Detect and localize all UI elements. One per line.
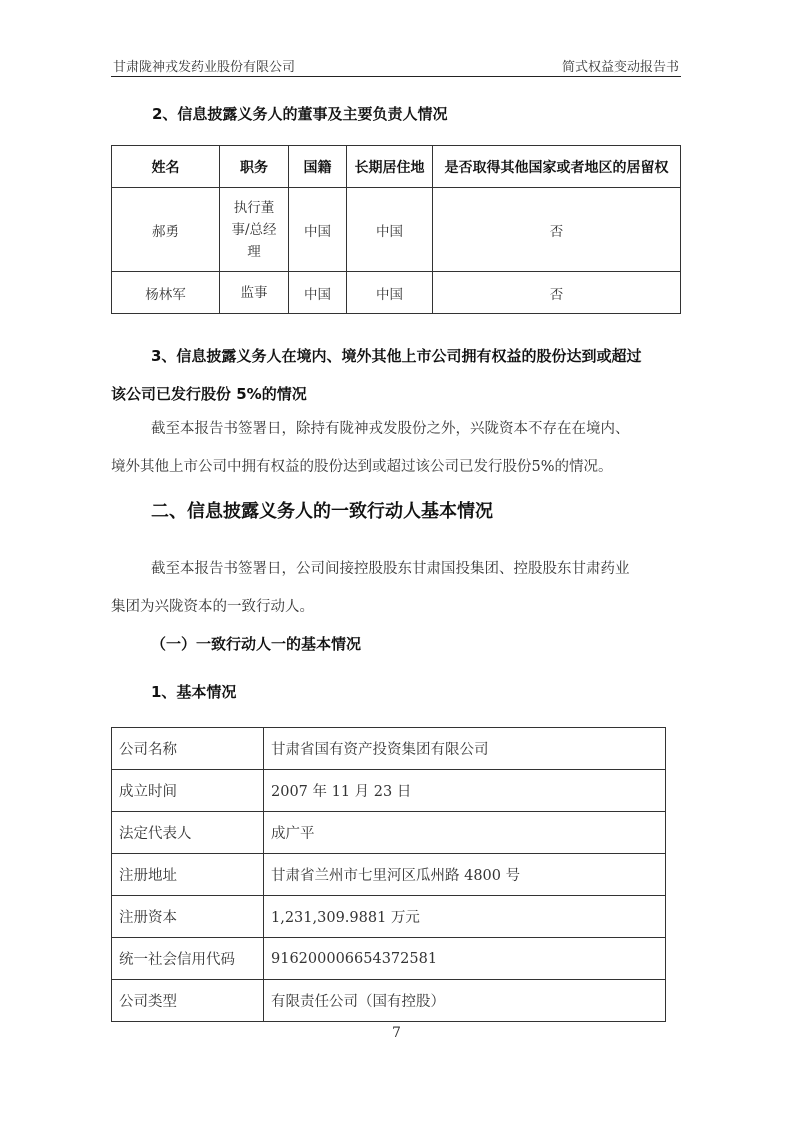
company-info-table: 公司名称 甘肃省国有资产投资集团有限公司 成立时间 2007 年 11 月 23… [111, 727, 666, 1022]
info-key: 注册资本 [112, 896, 264, 938]
info-value: 916200006654372581 [264, 938, 666, 980]
table-row: 成立时间 2007 年 11 月 23 日 [112, 770, 666, 812]
column-header-foreign-residency: 是否取得其他国家或者地区的居留权 [433, 146, 681, 188]
concert-paragraph-line1: 截至本报告书签署日，公司间接控股股东甘肃国投集团、控股股东甘肃药业 [151, 561, 630, 577]
info-value: 有限责任公司（国有控股） [264, 980, 666, 1022]
page-header: 甘肃陇神戎发药业股份有限公司 简式权益变动报告书 [111, 54, 681, 77]
chapter-title-concert-parties: 二、信息披露义务人的一致行动人基本情况 [151, 497, 493, 523]
subsection-title: （一）一致行动人一的基本情况 [151, 633, 361, 654]
table-row: 法定代表人 成广平 [112, 812, 666, 854]
cell-foreign-residency: 否 [433, 188, 681, 272]
info-key: 法定代表人 [112, 812, 264, 854]
info-key: 公司类型 [112, 980, 264, 1022]
info-value: 2007 年 11 月 23 日 [264, 770, 666, 812]
cell-name: 郝勇 [112, 188, 220, 272]
column-header-position: 职务 [220, 146, 289, 188]
cell-nationality: 中国 [289, 272, 347, 314]
section-title-holdings: 3、信息披露义务人在境内、境外其他上市公司拥有权益的股份达到或超过 该公司已发行… [111, 337, 681, 413]
table-row: 公司类型 有限责任公司（国有控股） [112, 980, 666, 1022]
page-number: 7 [0, 1025, 793, 1041]
info-value: 成广平 [264, 812, 666, 854]
cell-name: 杨林军 [112, 272, 220, 314]
cell-foreign-residency: 否 [433, 272, 681, 314]
info-value: 甘肃省国有资产投资集团有限公司 [264, 728, 666, 770]
info-value: 甘肃省兰州市七里河区瓜州路 4800 号 [264, 854, 666, 896]
cell-residence: 中国 [347, 188, 433, 272]
info-key: 统一社会信用代码 [112, 938, 264, 980]
section-title-directors: 2、信息披露义务人的董事及主要负责人情况 [152, 103, 447, 124]
table-header-row: 姓名 职务 国籍 长期居住地 是否取得其他国家或者地区的居留权 [112, 146, 681, 188]
cell-residence: 中国 [347, 272, 433, 314]
info-value: 1,231,309.9881 万元 [264, 896, 666, 938]
column-header-residence: 长期居住地 [347, 146, 433, 188]
holdings-paragraph-line2: 境外其他上市公司中拥有权益的股份达到或超过该公司已发行股份5%的情况。 [111, 448, 681, 486]
table-row: 注册资本 1,231,309.9881 万元 [112, 896, 666, 938]
cell-position: 执行董事/总经理 [220, 188, 289, 272]
column-header-nationality: 国籍 [289, 146, 347, 188]
column-header-name: 姓名 [112, 146, 220, 188]
table-row: 杨林军 监事 中国 中国 否 [112, 272, 681, 314]
holdings-paragraph: 截至本报告书签署日，除持有陇神戎发股份之外，兴陇资本不存在在境内、 境外其他上市… [111, 410, 681, 486]
info-key: 注册地址 [112, 854, 264, 896]
cell-nationality: 中国 [289, 188, 347, 272]
directors-table: 姓名 职务 国籍 长期居住地 是否取得其他国家或者地区的居留权 郝勇 执行董事/… [111, 145, 681, 314]
cell-position: 监事 [220, 272, 289, 314]
info-key: 成立时间 [112, 770, 264, 812]
table-row: 统一社会信用代码 916200006654372581 [112, 938, 666, 980]
concert-paragraph-line2: 集团为兴陇资本的一致行动人。 [111, 588, 681, 626]
header-document-title: 简式权益变动报告书 [562, 56, 679, 75]
table-row: 公司名称 甘肃省国有资产投资集团有限公司 [112, 728, 666, 770]
concert-paragraph: 截至本报告书签署日，公司间接控股股东甘肃国投集团、控股股东甘肃药业 集团为兴陇资… [111, 550, 681, 626]
info-key: 公司名称 [112, 728, 264, 770]
table-row: 郝勇 执行董事/总经理 中国 中国 否 [112, 188, 681, 272]
header-company-name: 甘肃陇神戎发药业股份有限公司 [113, 56, 295, 75]
table-row: 注册地址 甘肃省兰州市七里河区瓜州路 4800 号 [112, 854, 666, 896]
subsubsection-title: 1、基本情况 [151, 681, 236, 702]
holdings-paragraph-line1: 截至本报告书签署日，除持有陇神戎发股份之外，兴陇资本不存在在境内、 [151, 421, 630, 437]
section-title-holdings-line1: 3、信息披露义务人在境内、境外其他上市公司拥有权益的股份达到或超过 [111, 337, 681, 375]
section-title-holdings-line2: 该公司已发行股份 5%的情况 [111, 375, 681, 413]
